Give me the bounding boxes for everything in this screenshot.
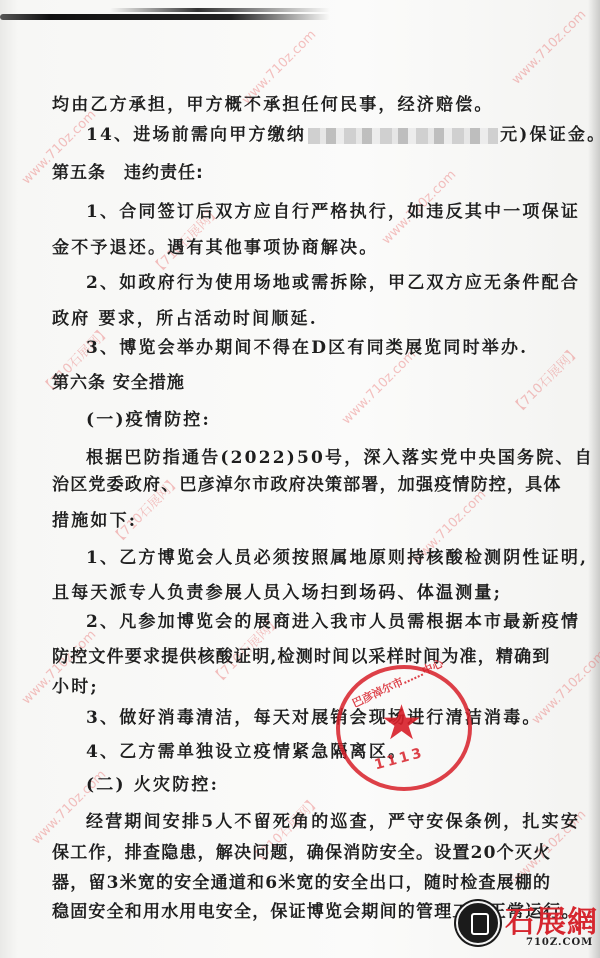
clause-text: 保工作，排查隐患，解决问题，确保消防安全。设置20个灭火 — [52, 838, 551, 863]
logo-mark-icon — [456, 901, 500, 945]
section-heading: (二) 火灾防控: — [86, 770, 219, 795]
clause-text: 治区党委政府、巴彦淖尔市政府决策部署，加强疫情防控，具体 — [52, 470, 562, 495]
official-seal: 巴彦淖尔市……中心 ★ 1113 — [336, 665, 472, 791]
watermark: www.710z.com — [339, 347, 419, 427]
clause-text: 1、乙方博览会人员必须按照属地原则持核酸检测阴性证明, — [86, 543, 588, 568]
article-5-heading: 第五条 违约责任: — [52, 158, 204, 183]
clause-text: 2、凡参加博览会的展商进入我市人员需根据本市最新疫情 — [86, 607, 580, 632]
clause-14-text: 14、进场前需向甲方缴纳元)保证金。 — [86, 120, 600, 145]
clause-text: 经营期间安排5人不留死角的巡查，严守安保条例，扎实安 — [86, 807, 580, 832]
clause-text: 均由乙方承担，甲方概不承担任何民事，经济赔偿。 — [52, 90, 494, 115]
clause-text: 防控文件要求提供核酸证明,检测时间以采样时间为准，精确到 — [52, 642, 551, 667]
clause-text: 1、合同签订后双方应自行严格执行，如违反其中一项保证 — [86, 197, 580, 222]
document-page: www.710z.com www.710z.com www.710z.com 【… — [0, 0, 600, 958]
star-icon: ★ — [380, 699, 423, 747]
site-logo: 石展網 710Z.COM — [450, 895, 600, 958]
clause-text: 小时; — [52, 672, 99, 697]
redacted-amount — [308, 128, 498, 144]
clause-text: 且每天派专人负责参展人员入场扫到场码、体温测量; — [52, 578, 502, 603]
clause-text: 3、做好消毒清洁，每天对展销会现场进行清洁消毒。 — [86, 703, 542, 728]
clause-text: 措施如下: — [52, 506, 137, 531]
scan-edge-shadow — [0, 14, 330, 20]
clause-text: 根据巴防指通告(2022)50号，深入落实党中央国务院、自 — [86, 443, 594, 468]
scan-top-edge — [0, 8, 600, 22]
article-6-heading: 第六条 安全措施 — [52, 368, 185, 393]
clause-text: 政府 要求，所占活动时间顺延. — [52, 304, 318, 329]
clause-text: 金不予退还。遇有其他事项协商解决。 — [52, 233, 378, 258]
section-heading: (一)疫情防控: — [86, 405, 211, 430]
clause-text: 2、如政府行为使用场地或需拆除，甲乙双方应无条件配合 — [86, 268, 580, 293]
logo-site: 710Z.COM — [526, 937, 593, 948]
scan-edge-shadow — [110, 8, 330, 12]
logo-brand: 石展網 — [505, 897, 598, 941]
clause-14-suffix: 元)保证金。 — [500, 125, 600, 145]
clause-text: 器，留3米宽的安全通道和6米宽的安全出口，随时检查展棚的 — [52, 868, 551, 893]
clause-14-prefix: 14、进场前需向甲方缴纳 — [86, 125, 306, 145]
clause-text: 3、博览会举办期间不得在D区有同类展览同时举办. — [86, 333, 528, 358]
